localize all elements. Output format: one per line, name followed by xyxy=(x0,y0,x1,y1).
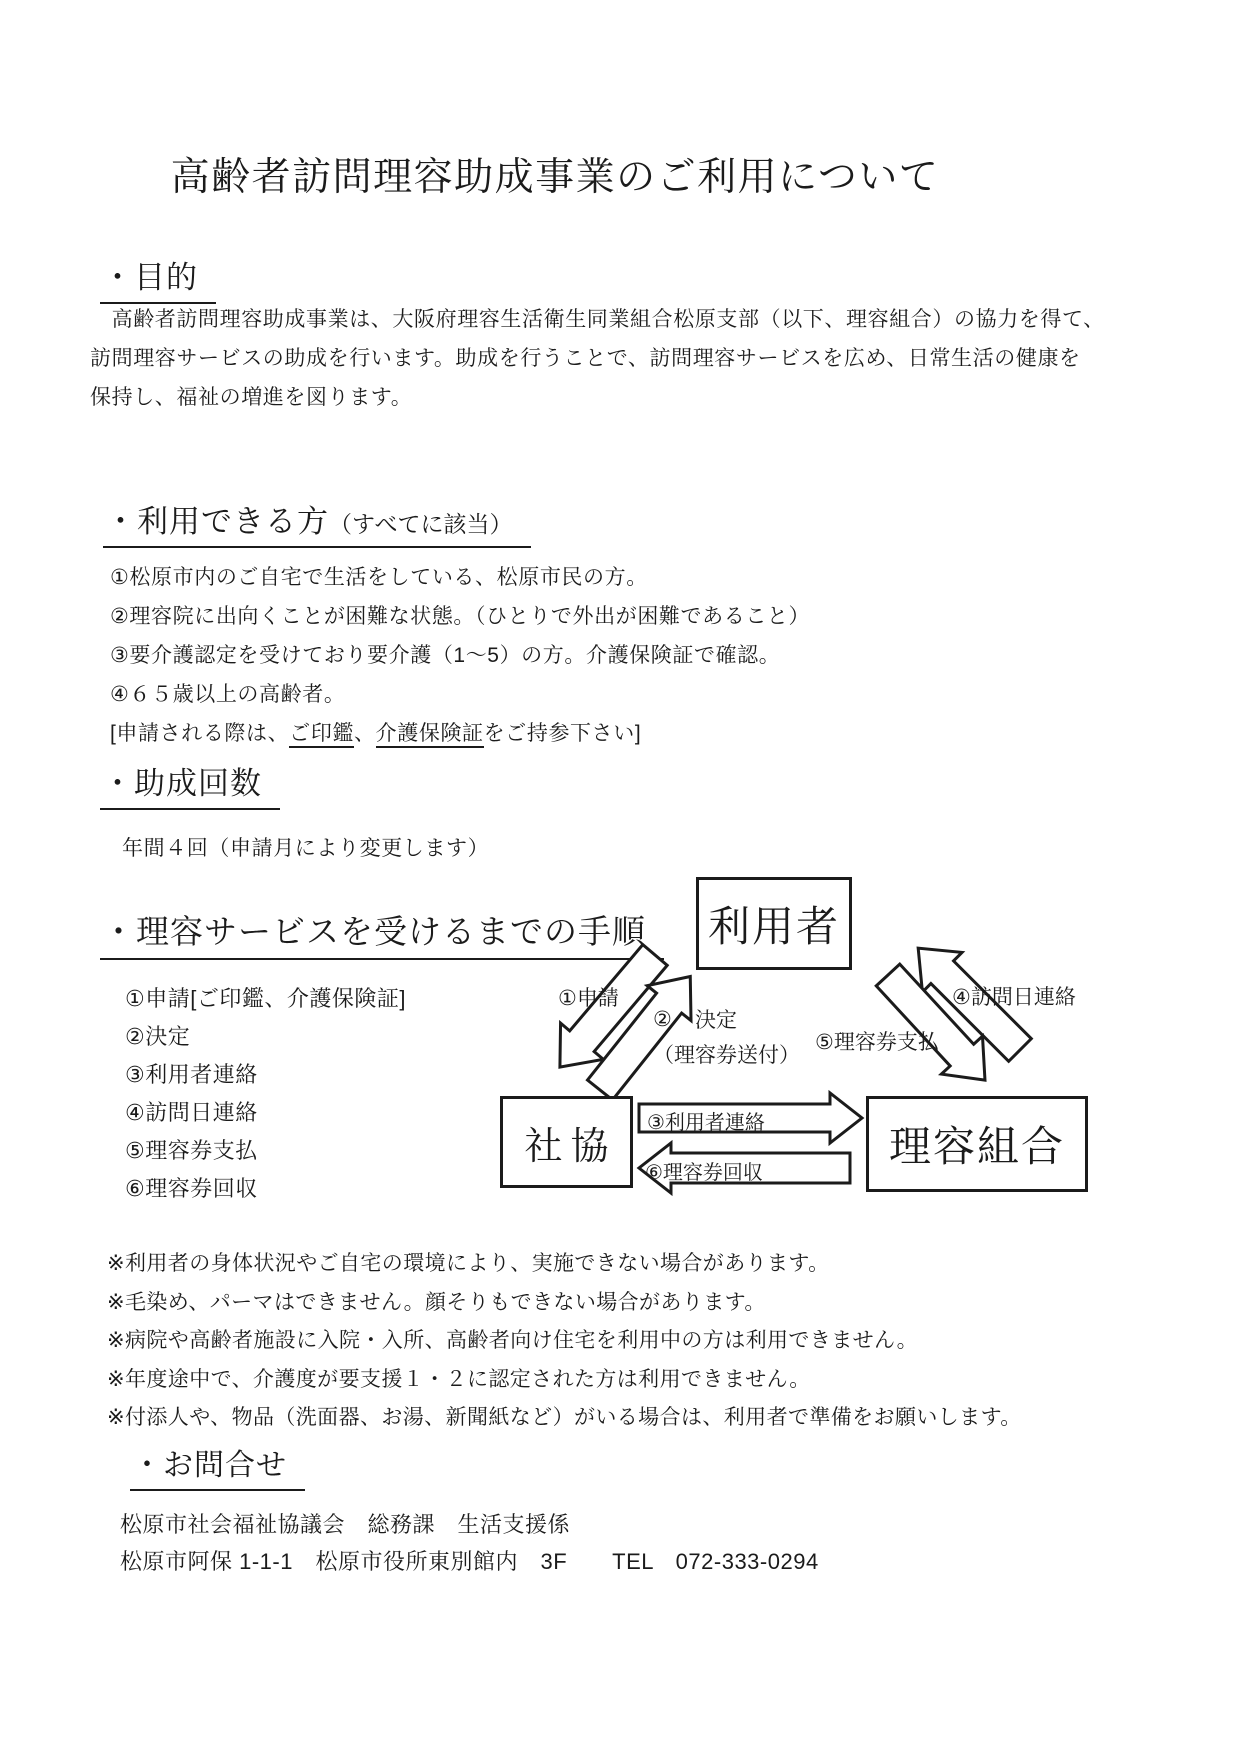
contact-address-phone: 松原市阿保 1-1-1 松原市役所東別館内 3F TEL 072-333-029… xyxy=(120,1545,819,1576)
purpose-paragraph: 高齢者訪問理容助成事業は、大阪府理容生活衛生同業組合松原支部（以下、理容組合）の… xyxy=(90,300,1105,417)
decision-arrow-label: 決定 xyxy=(695,1004,737,1034)
purpose-heading: ・目的 xyxy=(100,252,216,304)
contact-heading: ・お問合せ xyxy=(130,1440,305,1491)
procedure-steps: ①申請[ご印鑑、介護保険証] ②決定 ③利用者連絡 ④訪問日連絡 ⑤理容券支払 … xyxy=(125,980,406,1208)
document-page: 高齢者訪問理容助成事業のご利用について ・目的 高齢者訪問理容助成事業は、大阪府… xyxy=(0,0,1241,1755)
procedure-step: ③利用者連絡 xyxy=(125,1056,406,1094)
bring-note-prefix: [申請される際は、 xyxy=(110,722,289,745)
purpose-line: 保持し、福祉の増進を図ります。 xyxy=(90,378,1105,417)
page-title: 高齢者訪問理容助成事業のご利用について xyxy=(90,146,1020,202)
eligibility-heading: ・利用できる方（すべてに該当） xyxy=(103,496,531,548)
bring-note-separator: 、 xyxy=(354,722,376,745)
eligibility-item: ④６５歳以上の高齢者。 xyxy=(110,675,810,714)
eligibility-item: ②理容院に出向くことが困難な状態。（ひとりで外出が困難であること） xyxy=(110,597,810,636)
decision-arrow-sublabel: （理容券送付） xyxy=(653,1039,800,1069)
user-contact-arrow-label: ③利用者連絡 xyxy=(647,1106,765,1135)
note-item: ※毛染め、パーマはできません。顔そりもできない場合があります。 xyxy=(107,1284,1022,1323)
eligibility-heading-main: ・利用できる方 xyxy=(105,504,329,539)
voucher-payment-arrow-label: ⑤理容券支払 xyxy=(815,1026,939,1056)
apply-arrow-label: ①申請 xyxy=(558,982,619,1012)
procedure-step: ①申請[ご印鑑、介護保険証] xyxy=(125,980,406,1018)
note-item: ※付添人や、物品（洗面器、お湯、新聞紙など）がいる場合は、利用者で準備をお願いし… xyxy=(107,1399,1022,1438)
frequency-body: 年間４回（申請月により変更します） xyxy=(122,832,489,862)
contact-organization: 松原市社会福祉協議会 総務課 生活支援係 xyxy=(120,1508,570,1539)
decision-arrow-number: ② xyxy=(653,1007,672,1032)
visit-date-arrow-label: ④訪問日連絡 xyxy=(952,981,1076,1011)
eligibility-item: ③要介護認定を受けており要介護（1～5）の方。介護保険証で確認。 xyxy=(110,636,810,675)
procedure-step: ④訪問日連絡 xyxy=(125,1094,406,1132)
procedure-step: ②決定 xyxy=(125,1018,406,1056)
purpose-line: 訪問理容サービスの助成を行います。助成を行うことで、訪問理容サービスを広め、日常… xyxy=(90,339,1105,378)
diagram-box-union: 理容組合 xyxy=(866,1096,1088,1192)
voucher-collection-arrow-label: ⑥理容券回収 xyxy=(645,1156,763,1185)
eligibility-item: ①松原市内のご自宅で生活をしている、松原市民の方。 xyxy=(110,558,810,597)
purpose-line: 高齢者訪問理容助成事業は、大阪府理容生活衛生同業組合松原支部（以下、理容組合）の… xyxy=(90,300,1105,339)
procedure-diagram: 利用者 社協 理容組合 ①申請 ② 決定 （理容券送付） ③利用者連絡 ④訪問日… xyxy=(440,855,1130,1205)
frequency-heading: ・助成回数 xyxy=(100,758,280,810)
bring-note-seal: ご印鑑 xyxy=(289,722,354,748)
bring-note-suffix: をご持参下さい] xyxy=(484,722,642,745)
procedure-step: ⑥理容券回収 xyxy=(125,1170,406,1208)
note-item: ※利用者の身体状況やご自宅の環境により、実施できない場合があります。 xyxy=(107,1245,1022,1284)
bring-note-insurance-card: 介護保険証 xyxy=(376,722,484,748)
diagram-box-user: 利用者 xyxy=(696,877,852,970)
note-item: ※年度途中で、介護度が要支援１・２に認定された方は利用できません。 xyxy=(107,1361,1022,1400)
eligibility-heading-note: （すべてに該当） xyxy=(329,511,513,537)
notes-list: ※利用者の身体状況やご自宅の環境により、実施できない場合があります。 ※毛染め、… xyxy=(107,1245,1022,1438)
diagram-box-council: 社協 xyxy=(500,1096,633,1188)
note-item: ※病院や高齢者施設に入院・入所、高齢者向け住宅を利用中の方は利用できません。 xyxy=(107,1322,1022,1361)
eligibility-bring-note: [申請される際は、ご印鑑、介護保険証をご持参下さい] xyxy=(110,714,810,753)
eligibility-list: ①松原市内のご自宅で生活をしている、松原市民の方。 ②理容院に出向くことが困難な… xyxy=(110,558,810,753)
procedure-step: ⑤理容券支払 xyxy=(125,1132,406,1170)
